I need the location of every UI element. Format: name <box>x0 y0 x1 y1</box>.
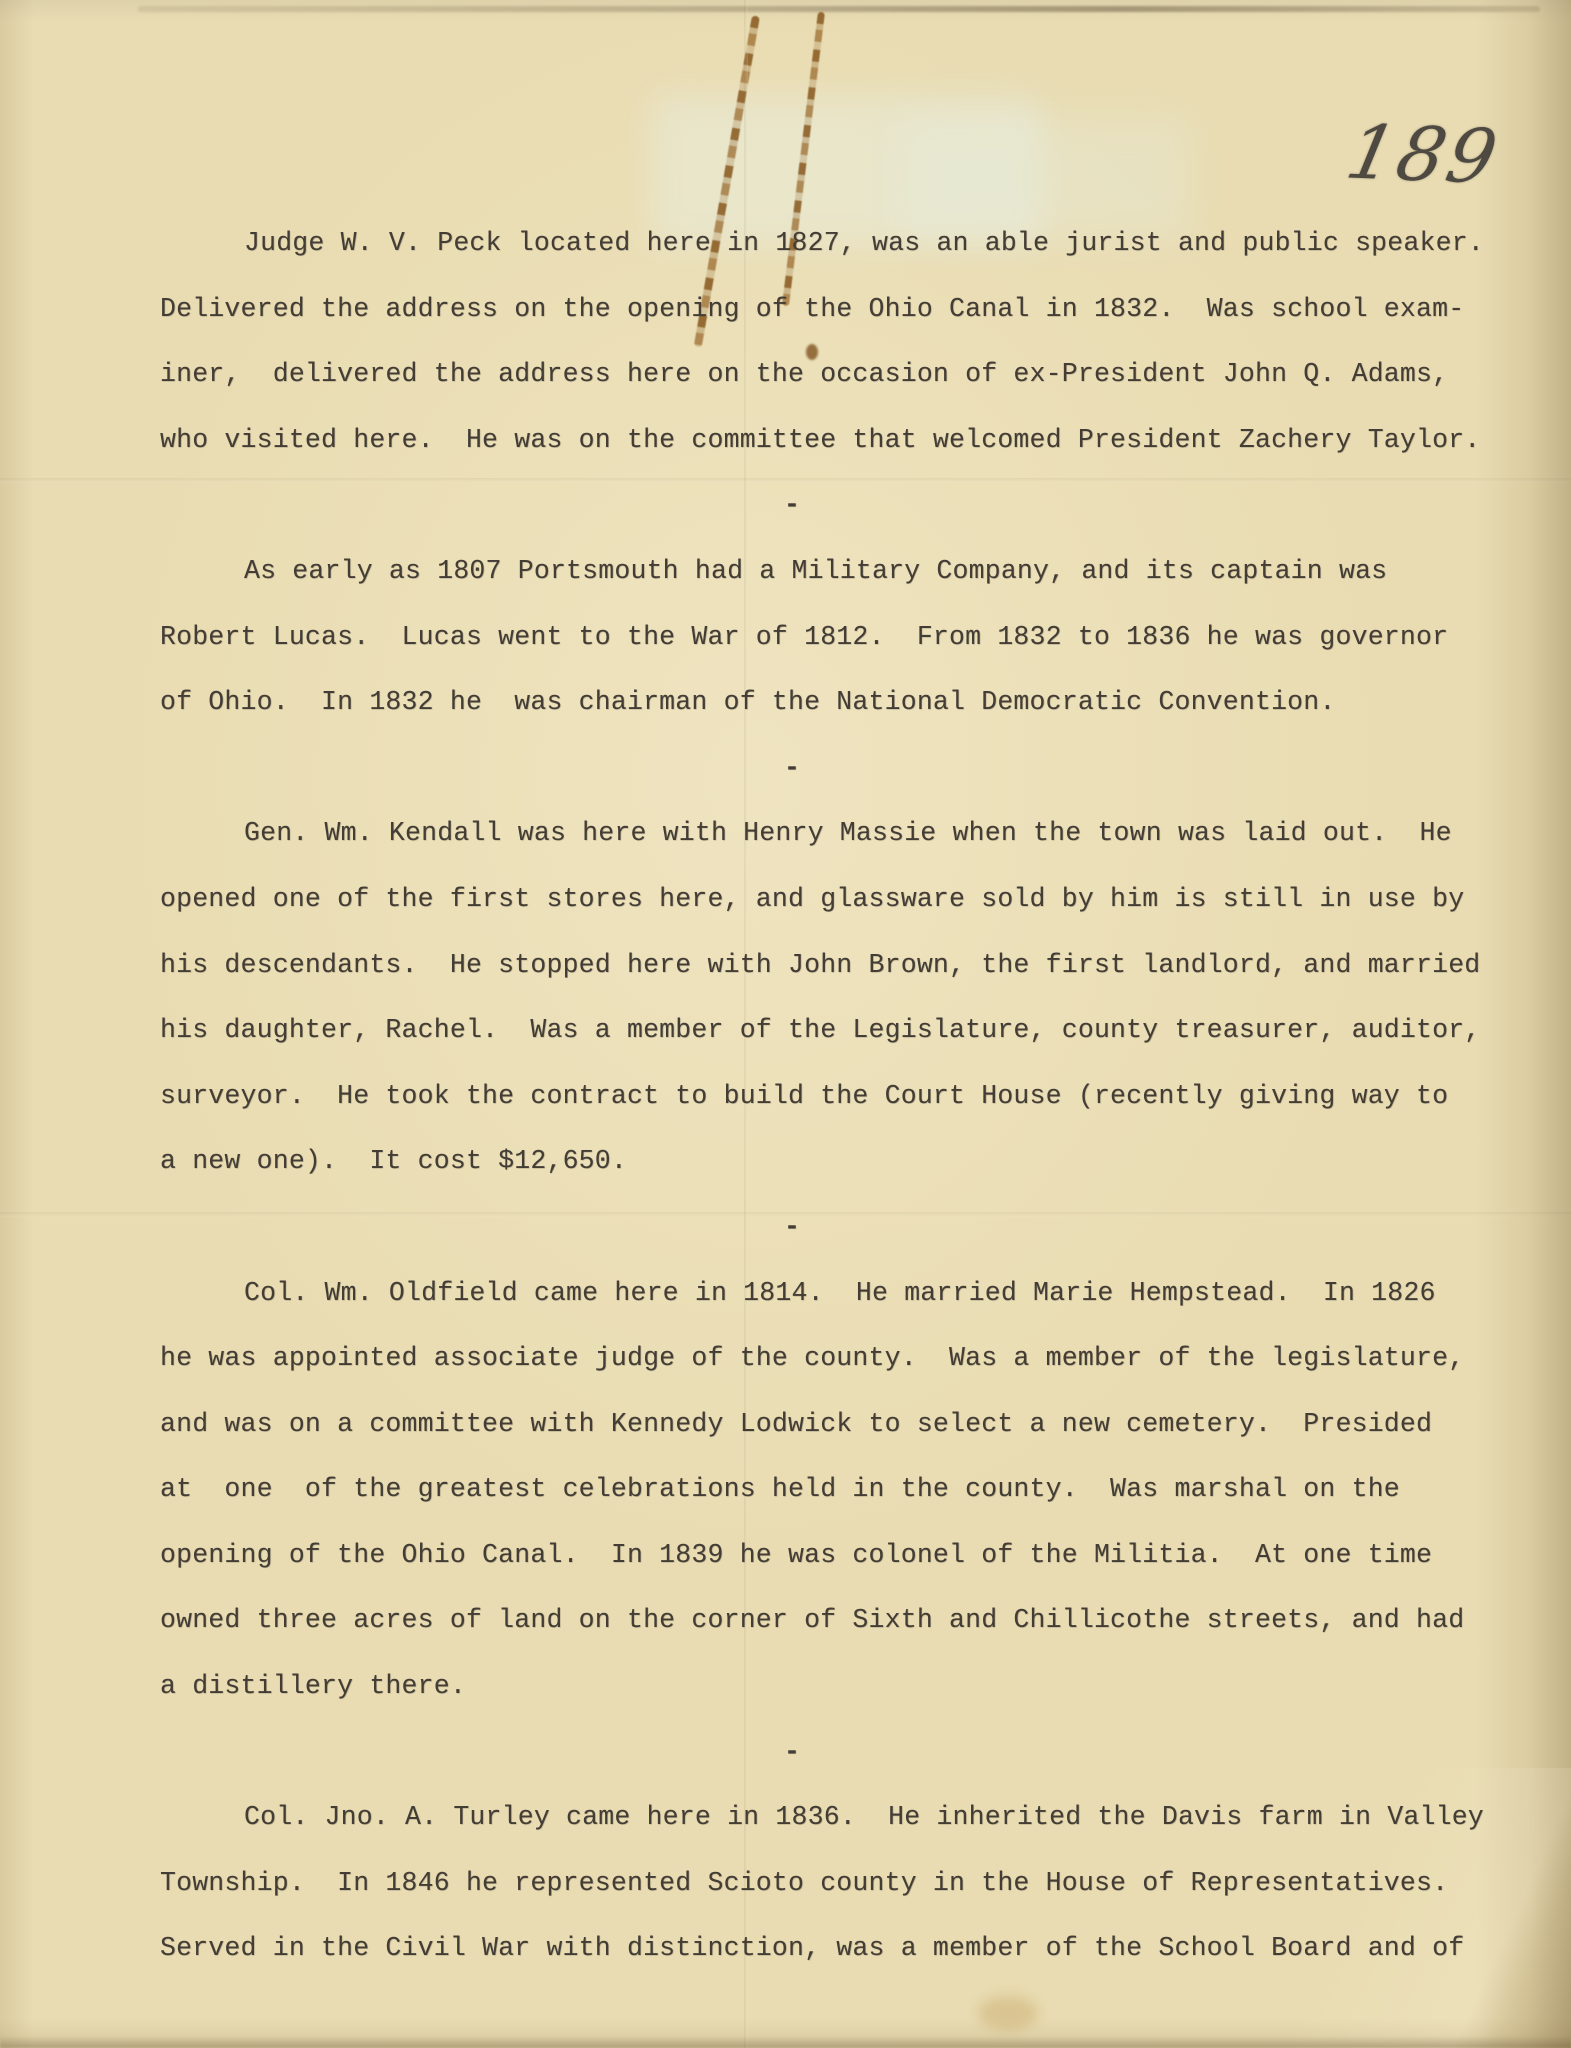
right-edge-curl <box>1476 0 1571 2048</box>
paragraph-separator: - <box>160 1195 1482 1261</box>
text-line: a new one). It cost $12,650. <box>160 1129 1482 1195</box>
text-line: Col. Wm. Oldfield came here in 1814. He … <box>160 1261 1482 1327</box>
bottom-edge-shadow <box>0 2036 1571 2048</box>
text-line: owned three acres of land on the corner … <box>160 1588 1482 1654</box>
text-line: Township. In 1846 he represented Scioto … <box>160 1851 1482 1917</box>
text-line: a distillery there. <box>160 1654 1482 1720</box>
text-line: iner, delivered the address here on the … <box>160 342 1482 408</box>
text-line: Col. Jno. A. Turley came here in 1836. H… <box>160 1785 1482 1851</box>
handwritten-page-number: 189 <box>1339 109 1506 200</box>
text-line: and was on a committee with Kennedy Lodw… <box>160 1392 1482 1458</box>
text-line: Served in the Civil War with distinction… <box>160 1916 1482 1982</box>
top-edge-shadow <box>138 6 1540 12</box>
text-line: at one of the greatest celebrations held… <box>160 1457 1482 1523</box>
text-line: his descendants. He stopped here with Jo… <box>160 933 1482 999</box>
bottom-stain <box>978 1996 1038 2030</box>
text-line: Robert Lucas. Lucas went to the War of 1… <box>160 605 1482 671</box>
text-line: Gen. Wm. Kendall was here with Henry Mas… <box>160 801 1482 867</box>
text-line: he was appointed associate judge of the … <box>160 1326 1482 1392</box>
paragraph-separator: - <box>160 473 1482 539</box>
text-line: opened one of the first stores here, and… <box>160 867 1482 933</box>
text-line: his daughter, Rachel. Was a member of th… <box>160 998 1482 1064</box>
document-page: 189 Judge W. V. Peck located here in 182… <box>0 0 1571 2048</box>
paragraph-separator: - <box>160 1720 1482 1786</box>
typewritten-text-block: Judge W. V. Peck located here in 1827, w… <box>160 211 1482 1982</box>
text-line: who visited here. He was on the committe… <box>160 408 1482 474</box>
paragraph-separator: - <box>160 736 1482 802</box>
text-line: of Ohio. In 1832 he was chairman of the … <box>160 670 1482 736</box>
text-line: Delivered the address on the opening of … <box>160 277 1482 343</box>
text-line: As early as 1807 Portsmouth had a Milita… <box>160 539 1482 605</box>
text-line: Judge W. V. Peck located here in 1827, w… <box>160 211 1482 277</box>
text-line: surveyor. He took the contract to build … <box>160 1064 1482 1130</box>
text-line: opening of the Ohio Canal. In 1839 he wa… <box>160 1523 1482 1589</box>
